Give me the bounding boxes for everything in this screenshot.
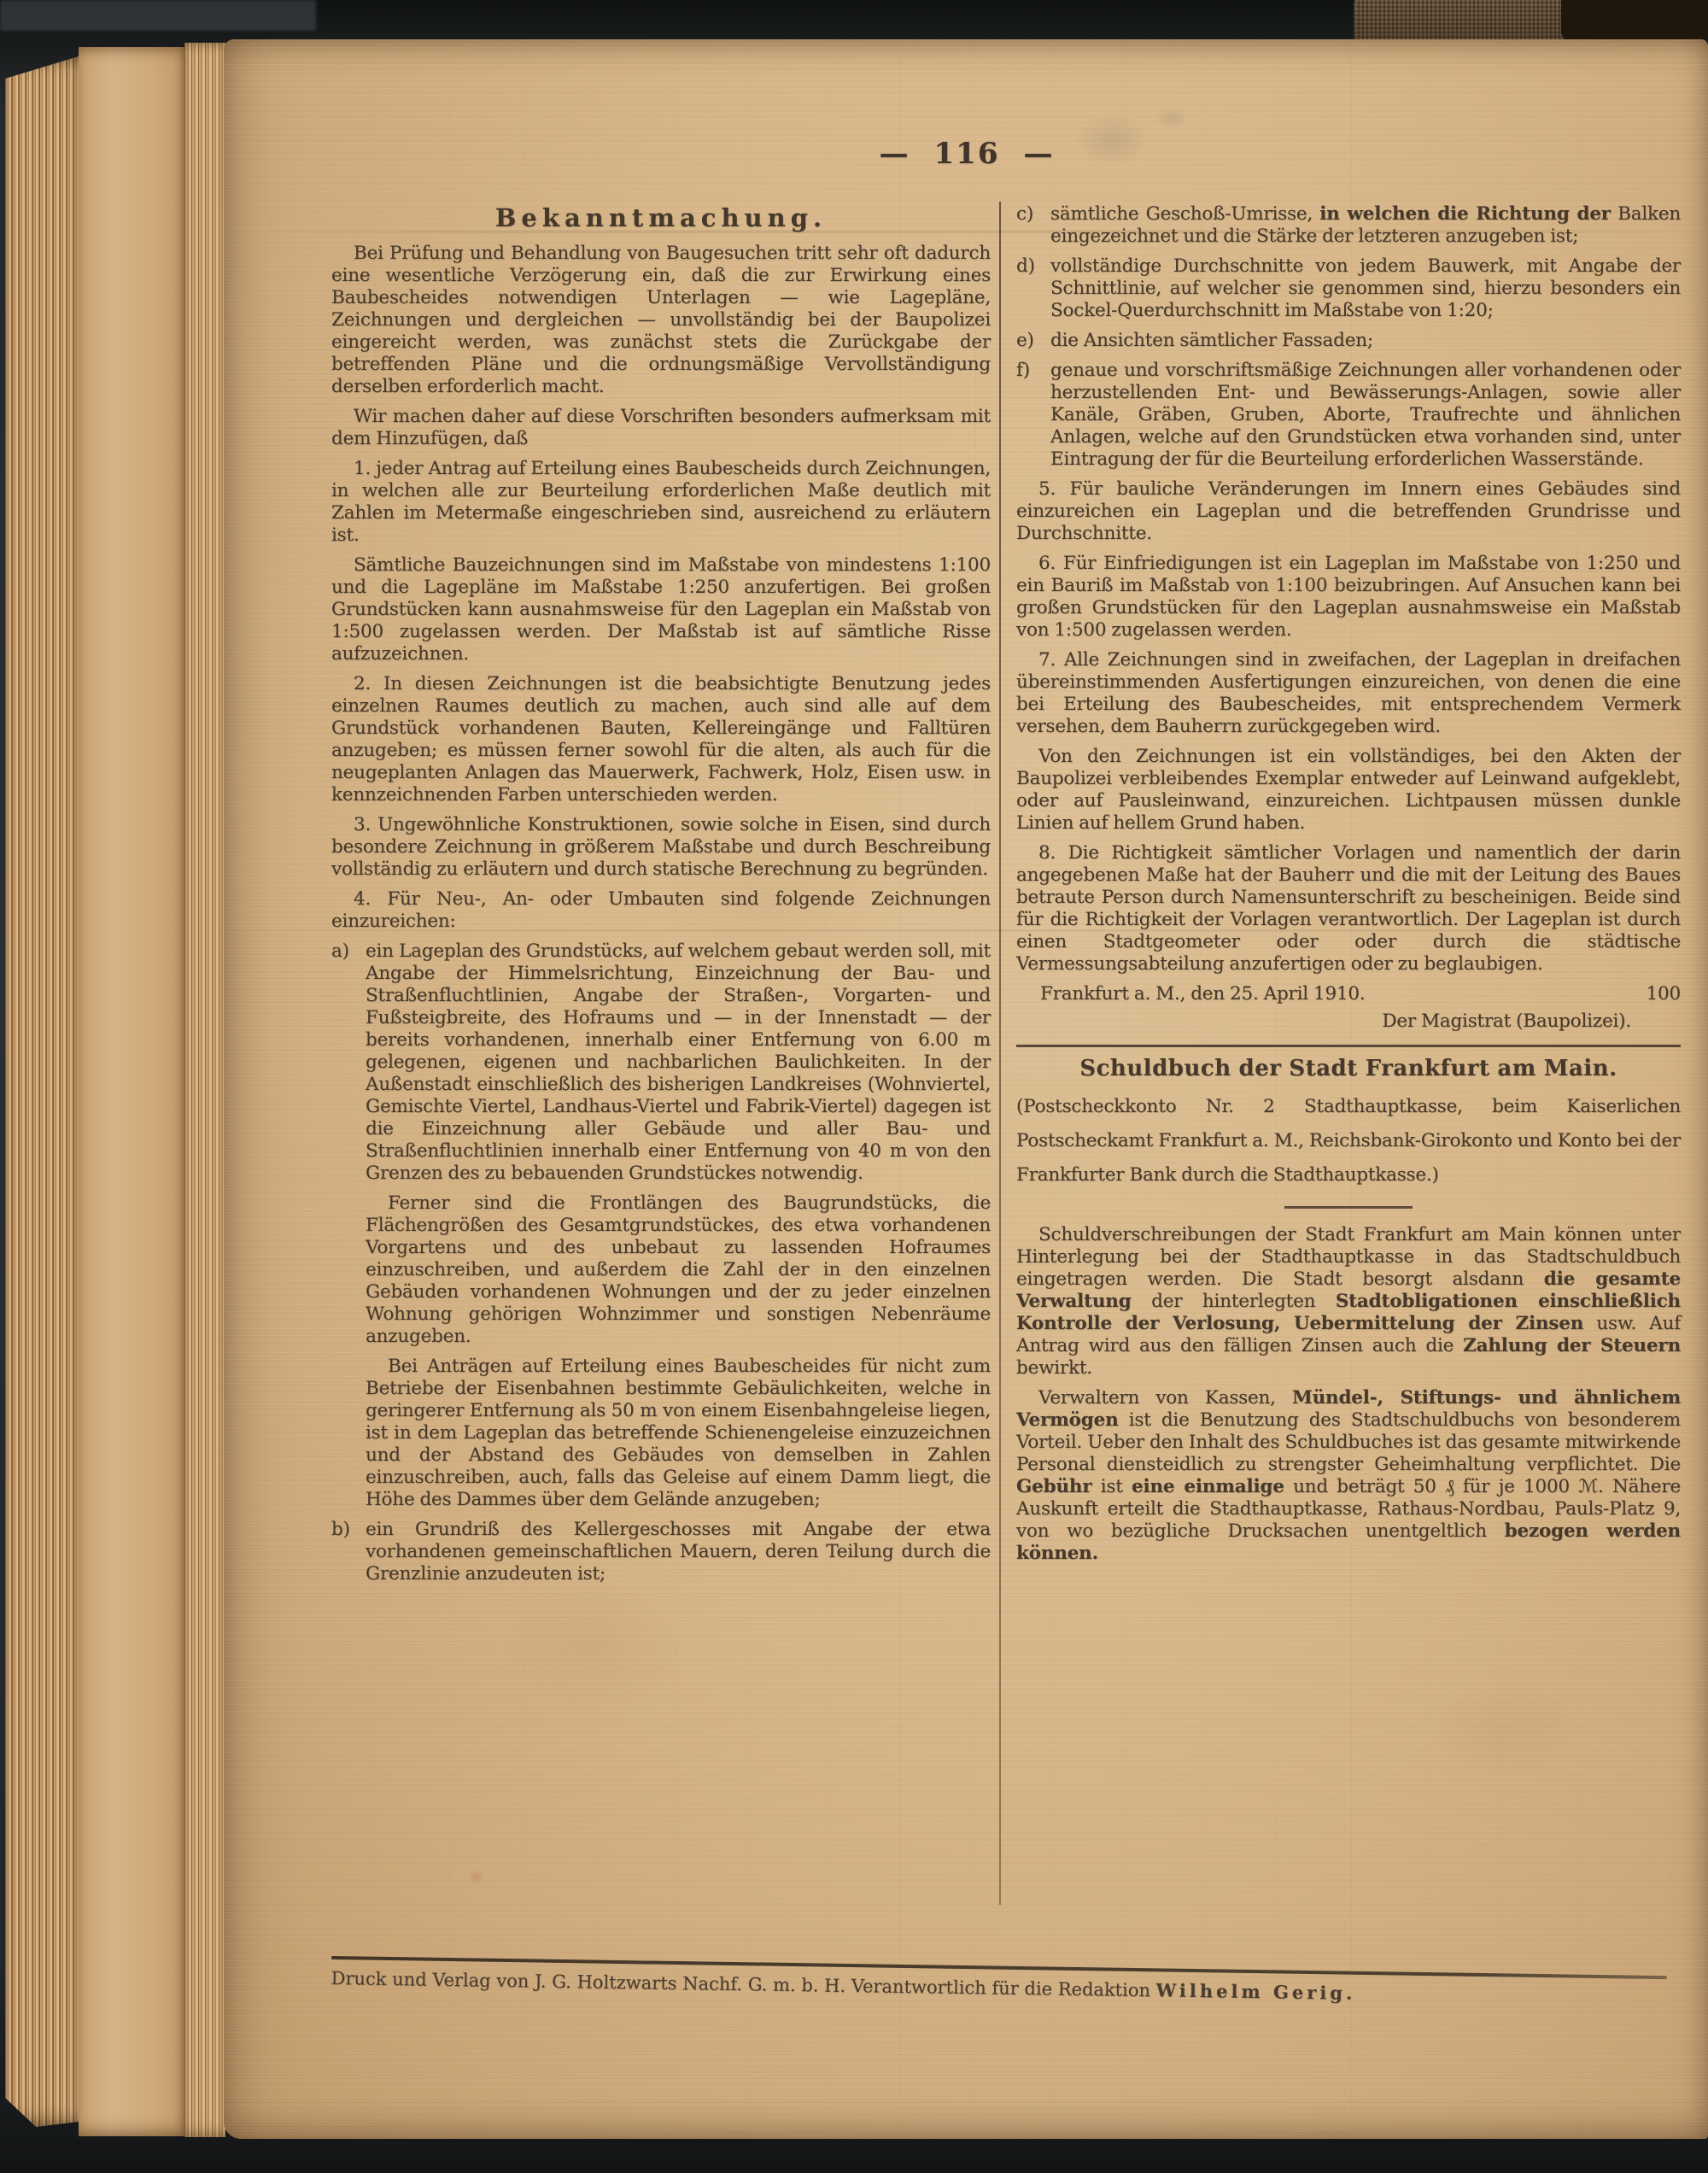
dateline: Frankfurt a. M., den 25. April 1910.100 [1016, 983, 1681, 1005]
list-item: c)sämtliche Geschoß-Umrisse, in welchen … [1016, 203, 1681, 248]
list-item-text: die Ansichten sämtlicher Fassaden; [1050, 330, 1681, 352]
list-item: a)ein Lageplan des Grundstücks, auf welc… [331, 940, 991, 1185]
list-item-marker: b) [331, 1519, 366, 1585]
list-item-marker: f) [1016, 360, 1050, 471]
text-segment: 5. Für bauliche Veränderungen im Innern … [1016, 478, 1681, 544]
book-scan-scene: —116— Bekanntmachung.Bei Prüfung und Beh… [0, 0, 1708, 2173]
text-segment: Ferner sind die Frontlängen des Baugrund… [366, 1192, 991, 1347]
paragraph: 7. Alle Zeichnungen sind in zweifachen, … [1016, 649, 1681, 738]
page-number-dash: — [880, 137, 910, 171]
text-segment: ist [1091, 1476, 1132, 1497]
list-item-paragraph: Bei Anträgen auf Erteilung eines Baubesc… [366, 1356, 991, 1511]
text-segment: Zahlung der Steuern [1463, 1335, 1681, 1356]
underlying-page-edge [79, 47, 184, 2136]
list-item-marker: e) [1016, 330, 1050, 352]
section-heading: Bekanntmachung. [331, 207, 991, 229]
list-item: f)genaue und vorschriftsmäßige Zeichnung… [1016, 360, 1681, 471]
list-item-paragraph: Ferner sind die Frontlängen des Baugrund… [366, 1192, 991, 1348]
imprint-footer: Druck und Verlag von J. G. Holtzwarts Na… [330, 1956, 1666, 2008]
list-item-text: ein Lageplan des Grundstücks, auf welche… [366, 940, 991, 1185]
text-segment: Gebühr [1016, 1476, 1091, 1497]
text-segment: (Postscheckkonto Nr. 2 Stadthauptkasse, … [1016, 1096, 1681, 1186]
text-segment: der hinterlegten [1132, 1291, 1336, 1312]
page-number-value: 116 [934, 137, 1000, 171]
dateline-place-and-date: Frankfurt a. M., den 25. April 1910. [1040, 983, 1366, 1005]
list-item-text: sämtliche Geschoß-Umrisse, in welchen di… [1050, 203, 1681, 248]
text-segment: die Ansichten sämtlicher Fassaden; [1050, 330, 1373, 351]
paragraph: Bei Prüfung und Behandlung von Baugesuch… [331, 243, 991, 398]
paragraph: 4. Für Neu-, An- oder Umbauten sind folg… [331, 888, 991, 933]
text-segment: Verwaltern von Kassen, [1038, 1387, 1292, 1409]
page-edge-stack-outer [5, 56, 79, 2127]
cover-top-highlight [0, 0, 316, 31]
text-segment: vollständige Durchschnitte von jedem Bau… [1050, 255, 1681, 321]
paragraph: 5. Für bauliche Veränderungen im Innern … [1016, 478, 1681, 545]
short-divider-rule [1284, 1206, 1413, 1209]
text-segment: 6. Für Einfriedigungen ist ein Lageplan … [1016, 553, 1681, 641]
text-segment: 2. In diesen Zeichnungen ist die beabsic… [331, 673, 991, 805]
paragraph: 2. In diesen Zeichnungen ist die beabsic… [331, 673, 991, 806]
paragraph: Wir machen daher auf diese Vorschriften … [331, 406, 991, 450]
scanned-page: —116— Bekanntmachung.Bei Prüfung und Beh… [224, 39, 1708, 2139]
paragraph: Schuldverschreibungen der Stadt Frankfur… [1016, 1224, 1681, 1379]
list-item: b)ein Grundriß des Kellergeschosses mit … [331, 1519, 991, 1585]
paragraph: 1. jeder Antrag auf Erteilung eines Baub… [331, 458, 991, 547]
section-subheading: Schuldbuch der Stadt Frankfurt am Main. [1016, 1057, 1681, 1080]
text-segment: ein Lageplan des Grundstücks, auf welche… [366, 940, 991, 1184]
text-segment: Wilhelm Gerig. [1155, 1979, 1355, 2003]
paragraph: 6. Für Einfriedigungen ist ein Lageplan … [1016, 553, 1681, 641]
text-segment: in welchen die Richtung der [1319, 203, 1611, 225]
binding-shadow [1561, 0, 1708, 43]
paragraph: (Postscheckkonto Nr. 2 Stadthauptkasse, … [1016, 1090, 1681, 1192]
list-item: e)die Ansichten sämtlicher Fassaden; [1016, 330, 1681, 352]
text-segment: 3. Ungewöhnliche Konstruktionen, sowie s… [331, 814, 991, 880]
text-segment: 1. jeder Antrag auf Erteilung eines Baub… [331, 458, 991, 546]
notice-number: 100 [1647, 983, 1681, 1005]
full-divider-rule [1016, 1045, 1681, 1047]
text-segment: Von den Zeichnungen ist ein vollständige… [1016, 746, 1681, 834]
text-segment: 7. Alle Zeichnungen sind in zweifachen, … [1016, 649, 1681, 737]
list-item-text: ein Grundriß des Kellergeschosses mit An… [366, 1519, 991, 1585]
text-segment: 8. Die Richtigkeit sämtlicher Vorlagen u… [1016, 842, 1681, 975]
text-segment: eine einmalige [1132, 1476, 1284, 1497]
list-item-marker: d) [1016, 255, 1050, 322]
list-item-text: genaue und vorschriftsmäßige Zeichnungen… [1050, 360, 1681, 471]
text-segment: Bei Anträgen auf Erteilung eines Baubesc… [366, 1356, 991, 1510]
list-item-marker: a) [331, 940, 366, 1185]
text-segment: Wir machen daher auf diese Vorschriften … [331, 406, 991, 449]
page-number-dash: — [1023, 137, 1054, 171]
text-segment: sämtliche Geschoß-Umrisse, [1050, 203, 1319, 225]
text-segment: bewirkt. [1016, 1357, 1092, 1379]
list-item: d)vollständige Durchschnitte von jedem B… [1016, 255, 1681, 322]
page-edge-stack-inner [184, 43, 225, 2137]
column-divider-rule [999, 202, 1001, 1905]
right-column: c)sämtliche Geschoß-Umrisse, in welchen … [1016, 203, 1681, 1573]
paragraph: Sämtliche Bauzeichnungen sind im Maßstab… [331, 554, 991, 665]
text-segment: Druck und Verlag von J. G. Holtzwarts Na… [330, 1968, 1155, 2000]
left-column: Bekanntmachung.Bei Prüfung und Behandlun… [331, 207, 991, 1593]
page-number: —116— [258, 137, 1676, 171]
text-segment: genaue und vorschriftsmäßige Zeichnungen… [1050, 360, 1681, 470]
paragraph: 3. Ungewöhnliche Konstruktionen, sowie s… [331, 814, 991, 881]
text-segment: Sämtliche Bauzeichnungen sind im Maßstab… [331, 554, 991, 665]
signature-line: Der Magistrat (Baupolizei). [1016, 1010, 1681, 1033]
text-segment: ein Grundriß des Kellergeschosses mit An… [366, 1519, 991, 1584]
paragraph: Verwaltern von Kassen, Mündel-, Stiftung… [1016, 1387, 1681, 1565]
paragraph: Von den Zeichnungen ist ein vollständige… [1016, 746, 1681, 835]
text-segment: Bei Prüfung und Behandlung von Baugesuch… [331, 243, 991, 397]
list-item-marker: c) [1016, 203, 1050, 248]
paragraph: 8. Die Richtigkeit sämtlicher Vorlagen u… [1016, 842, 1681, 975]
text-segment: 4. Für Neu-, An- oder Umbauten sind folg… [331, 888, 991, 932]
list-item-text: vollständige Durchschnitte von jedem Bau… [1050, 255, 1681, 322]
